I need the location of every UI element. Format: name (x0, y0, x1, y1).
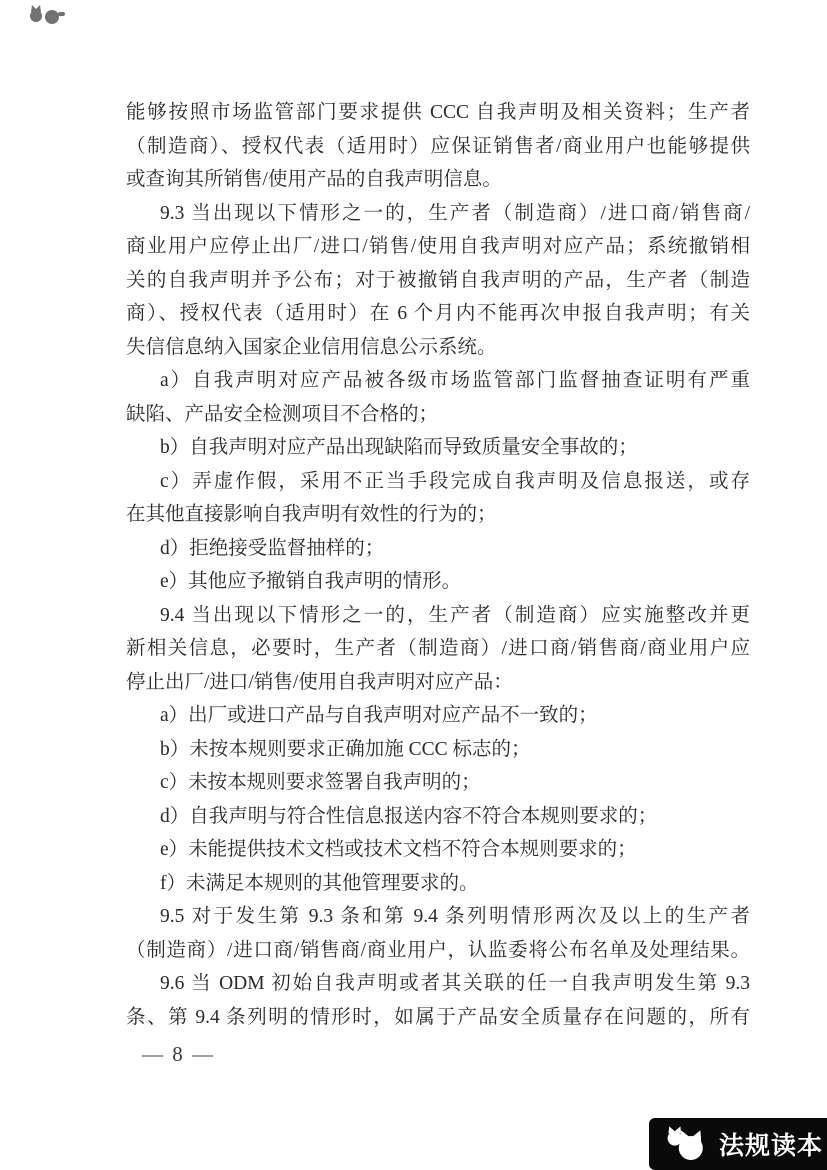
document-line: 9.3 当出现以下情形之一的，生产者（制造商）/进口商/销售商/ (126, 197, 750, 231)
document-line: 商）、授权代表（适用时）在 6 个月内不能再次申报自我声明；有关 (126, 297, 750, 331)
watermark-badge: 法规读本 (649, 1118, 827, 1170)
document-line: 停止出厂/进口/销售/使用自我声明对应产品： (126, 666, 750, 700)
document-line: e）未能提供技术文档或技术文档不符合本规则要求的； (126, 833, 750, 867)
document-line: 条、第 9.4 条列明的情形时，如属于产品安全质量存在问题的，所有 (126, 1001, 750, 1035)
corner-logo-icon (28, 3, 66, 24)
document-line: d）自我声明与符合性信息报送内容不符合本规则要求的； (126, 800, 750, 834)
document-body: 能够按照市场监管部门要求提供 CCC 自我声明及相关资料；生产者 （制造商）、授… (126, 96, 750, 1034)
document-line: 在其他直接影响自我声明有效性的行为的； (126, 498, 750, 532)
cat-logo-icon (662, 1124, 710, 1164)
document-line: c）未按本规则要求签署自我声明的； (126, 766, 750, 800)
document-line: b）未按本规则要求正确加施 CCC 标志的； (126, 733, 750, 767)
document-line: 商业用户应停止出厂/进口/销售/使用自我声明对应产品；系统撤销相 (126, 230, 750, 264)
document-line: 关的自我声明并予公布；对于被撤销自我声明的产品，生产者（制造 (126, 264, 750, 298)
document-line: （制造商）、授权代表（适用时）应保证销售者/商业用户也能够提供 (126, 130, 750, 164)
document-line: 失信信息纳入国家企业信用信息公示系统。 (126, 331, 750, 365)
document-line: f）未满足本规则的其他管理要求的。 (126, 867, 750, 901)
document-line: a）出厂或进口产品与自我声明对应产品不一致的； (126, 699, 750, 733)
document-line: 9.5 对于发生第 9.3 条和第 9.4 条列明情形两次及以上的生产者 (126, 900, 750, 934)
document-line: 新相关信息，必要时，生产者（制造商）/进口商/销售商/商业用户应 (126, 632, 750, 666)
document-line: e）其他应予撤销自我声明的情形。 (126, 565, 750, 599)
page-number: — 8 — (142, 1042, 215, 1067)
document-line: 能够按照市场监管部门要求提供 CCC 自我声明及相关资料；生产者 (126, 96, 750, 130)
document-line: 9.4 当出现以下情形之一的，生产者（制造商）应实施整改并更 (126, 599, 750, 633)
document-line: 缺陷、产品安全检测项目不合格的； (126, 398, 750, 432)
document-page: 能够按照市场监管部门要求提供 CCC 自我声明及相关资料；生产者 （制造商）、授… (0, 0, 827, 1170)
document-line: 或查询其所销售/使用产品的自我声明信息。 (126, 163, 750, 197)
document-line: d）拒绝接受监督抽样的； (126, 532, 750, 566)
document-line: c）弄虚作假，采用不正当手段完成自我声明及信息报送，或存 (126, 465, 750, 499)
document-line: （制造商）/进口商/销售商/商业用户，认监委将公布名单及处理结果。 (126, 934, 750, 968)
watermark-label: 法规读本 (719, 1126, 823, 1162)
document-line: 9.6 当 ODM 初始自我声明或者其关联的任一自我声明发生第 9.3 (126, 967, 750, 1001)
document-line: b）自我声明对应产品出现缺陷而导致质量安全事故的； (126, 431, 750, 465)
document-line: a）自我声明对应产品被各级市场监管部门监督抽查证明有严重 (126, 364, 750, 398)
